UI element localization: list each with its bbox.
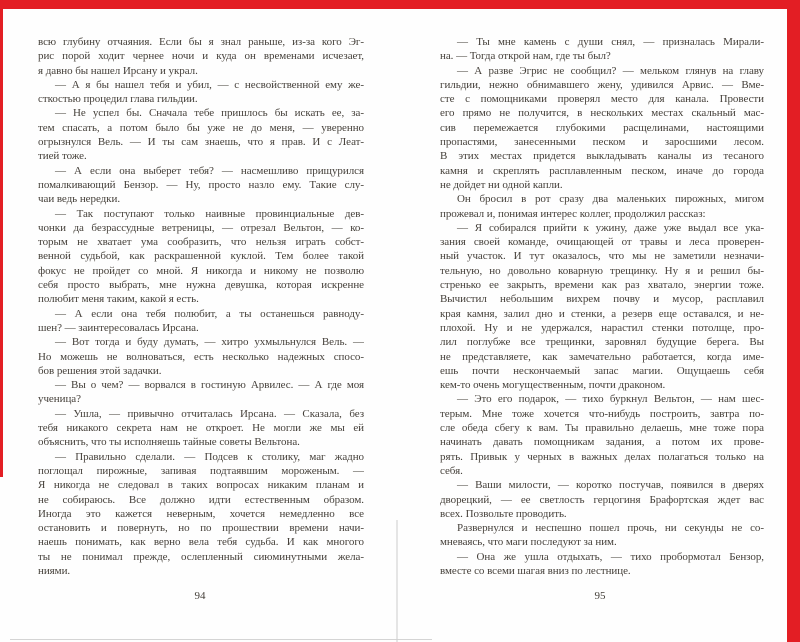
- text-line: поглощал пирожные, запивая подтаявшим мо…: [38, 464, 364, 478]
- text-line: себя просто выбрать, мне нужна девушка, …: [38, 278, 364, 292]
- text-line: рять. Привык у черных в важных делах пол…: [440, 450, 764, 464]
- text-line: Он бросил в рот сразу два маленьких пиро…: [440, 192, 764, 206]
- text-line: лил поглубже все трещинки, заровнял буду…: [440, 335, 764, 349]
- text-line: — Ты мне камень с души снял, — призналас…: [440, 35, 764, 49]
- text-line: сткостью процедил глава гильдии.: [38, 92, 364, 106]
- text-line: ный участок. И тут оказалось, что мы не …: [440, 249, 764, 263]
- text-line: объяснить, что ты исполняешь тайные сове…: [38, 435, 364, 449]
- text-line: мневаясь, что маги последуют за ним.: [440, 535, 764, 549]
- text-line: начинать давать помощникам задания, а по…: [440, 435, 764, 449]
- text-line: — Вот тогда и буду думать, — хитро ухмыл…: [38, 335, 364, 349]
- text-line: бов решения этой задачки.: [38, 364, 364, 378]
- text-line: — Правильно сделали. — Подсев к столику,…: [38, 450, 364, 464]
- text-line: сле обеда сбегу к вам. Ты правильно дела…: [440, 421, 764, 435]
- text-line: венной судьбой, как раскрашенной куклой.…: [38, 249, 364, 263]
- text-line: В этих местах придется выкладывать канал…: [440, 149, 764, 163]
- right-page-text: — Ты мне камень с души снял, — призналас…: [440, 35, 764, 578]
- text-line: его прямо не получится, в нескольких мес…: [440, 106, 764, 120]
- text-line: тем спасать, а потом было бы уже не до м…: [38, 121, 364, 135]
- text-line: тельную, но довольно коварную трещинку. …: [440, 264, 764, 278]
- text-line: Развернулся и неспешно пошел прочь, ни с…: [440, 521, 764, 535]
- text-line: рис порой ходит чернее ночи и куда он вр…: [38, 49, 364, 63]
- text-line: чаи ведь нередки.: [38, 192, 364, 206]
- text-line: стренько ее закрыть, времени как раз хва…: [440, 278, 764, 292]
- text-line: зания своей команде, очищающей от травы …: [440, 235, 764, 249]
- text-line: кем-то очень могущественным, почти драко…: [440, 378, 764, 392]
- text-line: не собираюсь. Все должно идти естественн…: [38, 493, 364, 507]
- text-line: вместе со всеми шагая вниз по лестнице.: [440, 564, 764, 578]
- text-line: себя.: [440, 464, 764, 478]
- text-line: шен? — заинтересовалась Ирсана.: [38, 321, 364, 335]
- text-line: дворецкий, — ее светлость герцогиня Браф…: [440, 493, 764, 507]
- text-line: прожевал и, понимая интерес коллег, прод…: [440, 207, 764, 221]
- text-line: ниями.: [38, 564, 364, 578]
- left-page-text: всю глубину отчаяния. Если бы я знал ран…: [38, 35, 364, 578]
- left-page-number: 94: [0, 590, 400, 602]
- right-page-number: 95: [400, 590, 800, 602]
- text-line: пропастями, занесенными песком и заросши…: [440, 135, 764, 149]
- text-line: сив перемежается глубокими расщелинами, …: [440, 121, 764, 135]
- text-line: огрызнулся Вель. — И ты сам знаешь, что …: [38, 135, 364, 149]
- text-line: — Это его подарок, — тихо буркнул Вельто…: [440, 392, 764, 406]
- text-line: края камня, залил дно и стенки, а резерв…: [440, 307, 764, 321]
- text-line: наешь понимать, как верно вела тебя судь…: [38, 535, 364, 549]
- text-line: — А если она тебя полюбит, а ты останешь…: [38, 307, 364, 321]
- text-line: чонки да безрассудные ветреницы, — отрез…: [38, 221, 364, 235]
- text-line: не дойдет ни одной капли.: [440, 178, 764, 192]
- text-line: остановить и повернуть, но по прошествии…: [38, 521, 364, 535]
- text-line: — Ушла, — привычно отчиталась Ирсана. — …: [38, 407, 364, 421]
- text-line: помалкивающий Бензор. — Ну, просто назло…: [38, 178, 364, 192]
- left-page: всю глубину отчаяния. Если бы я знал ран…: [0, 0, 400, 642]
- text-line: тией тоже.: [38, 149, 364, 163]
- text-line: фокус не пройдет со мной. Я никогда и ни…: [38, 264, 364, 278]
- text-line: на. — Тогда открой нам, где ты был?: [440, 49, 764, 63]
- text-line: — Не успел бы. Сначала тебе пришлось бы …: [38, 106, 364, 120]
- text-line: ты не понимал прежде, ослепленный сиюмин…: [38, 550, 364, 564]
- text-line: торым не хватает ума сообразить, что нел…: [38, 235, 364, 249]
- text-line: всю глубину отчаяния. Если бы я знал ран…: [38, 35, 364, 49]
- text-line: Иногда это кажется неверным, хочется нем…: [38, 507, 364, 521]
- text-line: ешь почти нескончаемый запас магии. Ощущ…: [440, 364, 764, 378]
- text-line: терым. Мне тоже хочется что-нибудь постр…: [440, 407, 764, 421]
- text-line: — Ваши милости, — коротко постучав, появ…: [440, 478, 764, 492]
- text-line: не представляете, как замечательно работ…: [440, 350, 764, 364]
- text-line: я давно бы нашел Ирсану и украл.: [38, 64, 364, 78]
- text-line: всех. Позвольте проводить.: [440, 507, 764, 521]
- text-line: — Так поступают только наивные провинциа…: [38, 207, 364, 221]
- text-line: Но можешь не волноваться, есть несколько…: [38, 350, 364, 364]
- text-line: — Она же ушла отдыхать, — тихо пробормот…: [440, 550, 764, 564]
- text-line: — Вы о чем? — ворвался в гостиную Арвиле…: [38, 378, 364, 392]
- text-line: — А разве Эгрис не сообщил? — мельком гл…: [440, 64, 764, 78]
- text-line: камня и скреплять расплавленным песком, …: [440, 164, 764, 178]
- text-line: — А если она выберет тебя? — насмешливо …: [38, 164, 364, 178]
- text-line: — Я собирался прийти к ужину, даже уже в…: [440, 221, 764, 235]
- text-line: гильдии, нежно обнимавшего жену, удивилс…: [440, 78, 764, 92]
- text-line: плохой. Ну и не удержался, нарастил стен…: [440, 321, 764, 335]
- text-line: полюбит меня таким, какой я есть.: [38, 292, 364, 306]
- text-line: — А я бы нашел тебя и убил, — с несвойст…: [38, 78, 364, 92]
- text-line: тебя никакого секрета нам не откроет. Не…: [38, 421, 364, 435]
- text-line: Вычистил небольшим вихрем почву и мусор,…: [440, 292, 764, 306]
- text-line: ученица?: [38, 392, 364, 406]
- right-page: — Ты мне камень с души снял, — призналас…: [400, 0, 800, 642]
- text-line: сте с помощниками проверял место для кан…: [440, 92, 764, 106]
- text-line: Я никогда не следовал в таких вопросах н…: [38, 478, 364, 492]
